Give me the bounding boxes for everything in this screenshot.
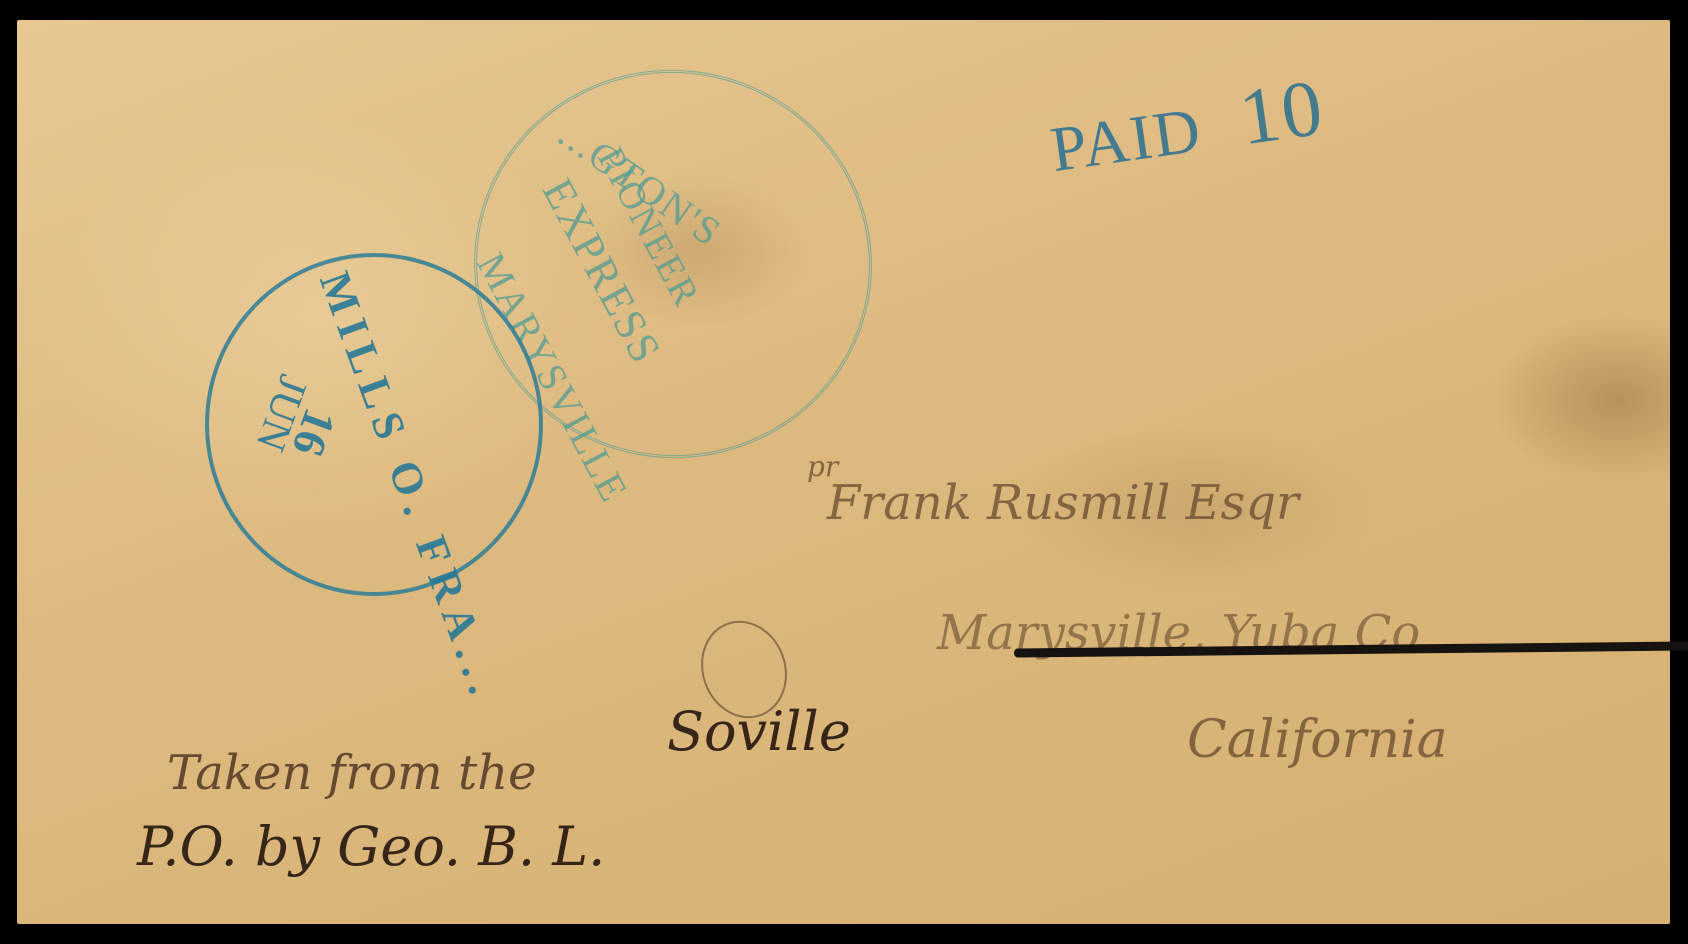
state: California bbox=[1187, 710, 1448, 770]
note-line2: P.O. by Geo. B. L. bbox=[137, 815, 605, 878]
paid-rate-marking: PAID10 bbox=[1044, 63, 1329, 191]
note-line1: Taken from the bbox=[167, 745, 537, 801]
forward-note: Soville bbox=[667, 700, 851, 763]
rate-value: 10 bbox=[1234, 64, 1329, 163]
addressee: Frank Rusmill Esqr bbox=[827, 475, 1299, 531]
envelope: ...GTON'S PIONEER EXPRESS MARYSVILLE MIL… bbox=[17, 20, 1670, 924]
paid-text: PAID bbox=[1046, 94, 1206, 185]
